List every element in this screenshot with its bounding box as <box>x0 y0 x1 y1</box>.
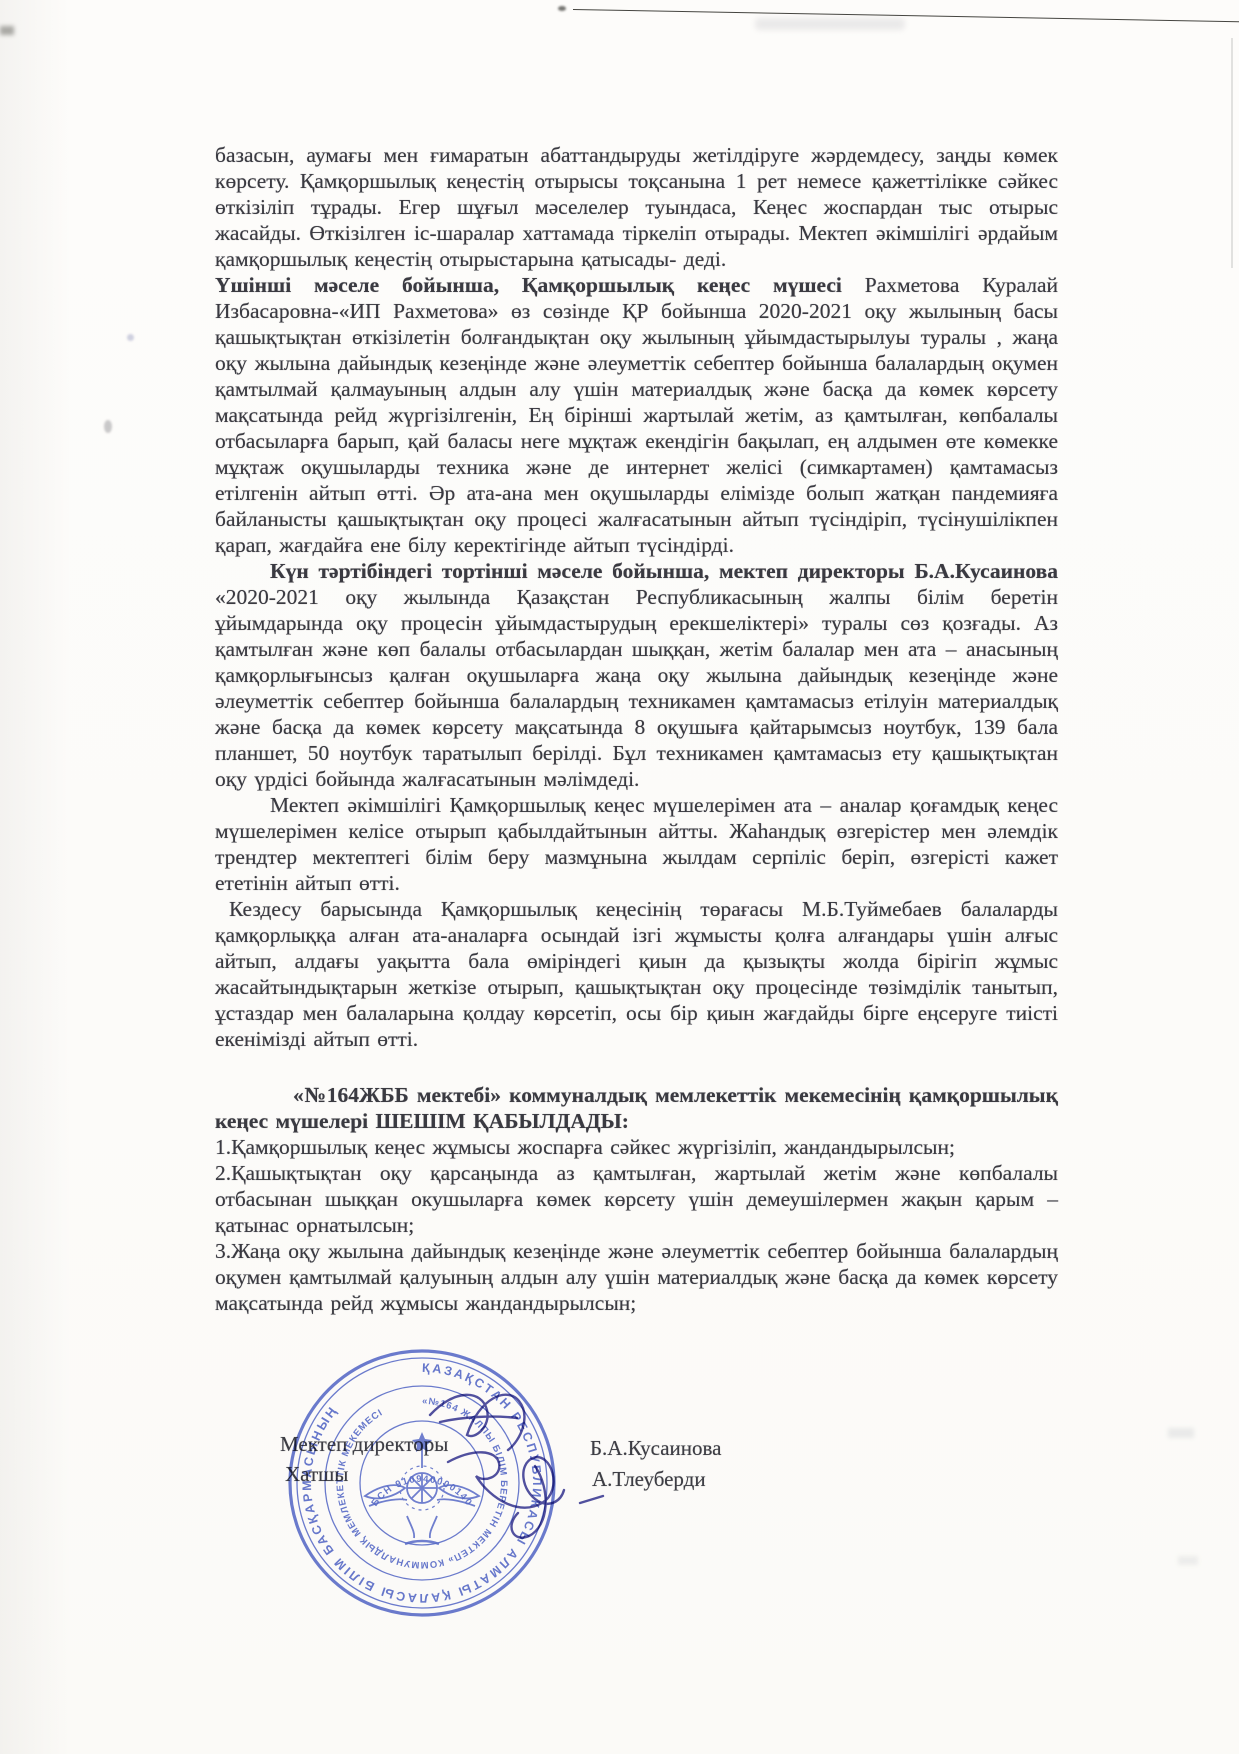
scan-artifact-speck <box>104 420 112 433</box>
decision-item-3: 3.Жаңа оқу жылына дайындық кезеңінде жән… <box>215 1238 1058 1316</box>
signature-stroke-director <box>440 1417 517 1422</box>
paragraph-text: Кездесу барысында Қамқоршылық кеңесінің … <box>215 897 1058 1051</box>
paragraph-text: Мектеп әкімшілігі Қамқоршылық кеңес мүше… <box>215 793 1058 895</box>
scan-artifact-speck <box>1168 1428 1194 1438</box>
paragraph-text: «2020-2021 оқу жылында Қазақстан Республ… <box>215 585 1058 791</box>
paragraph-third-question: Үшінші мәселе бойынша, Қамқоршылық кеңес… <box>215 272 1058 558</box>
scan-artifact-dot <box>558 6 566 11</box>
scanned-document-page: базасын, аумағы мен ғимаратын абаттандыр… <box>0 0 1239 1754</box>
scan-artifact-shade <box>0 0 70 1754</box>
signatures-svg <box>280 1330 800 1590</box>
paragraph-administration: Мектеп әкімшілігі Қамқоршылық кеңес мүше… <box>215 792 1058 896</box>
paragraph-lead: Күн тәртібіндегі тортінші мәселе бойынша… <box>270 559 1058 583</box>
decision-item-2: 2.Қашықтықтан оқу қарсаңында аз қамтылға… <box>215 1160 1058 1238</box>
paragraph-fourth-question: Күн тәртібіндегі тортінші мәселе бойынша… <box>215 558 1058 792</box>
paragraph-chairman: Кездесу барысында Қамқоршылық кеңесінің … <box>215 896 1058 1052</box>
paragraph-lead: Үшінші мәселе бойынша, Қамқоршылық кеңес… <box>215 273 865 297</box>
handwritten-signatures <box>280 1330 800 1590</box>
paragraph-text: базасын, аумағы мен ғимаратын абаттандыр… <box>215 143 1058 271</box>
scan-artifact-speck <box>1178 1556 1198 1565</box>
paragraph-text: Рахметова Куралай Избасаровна-«ИП Рахмет… <box>215 273 1058 557</box>
decision-heading: «№164ЖББ мектебі» коммуналдық мемлекетті… <box>215 1082 1058 1134</box>
document-body: базасын, аумағы мен ғимаратын абаттандыр… <box>215 142 1058 1316</box>
paragraph-continuation: базасын, аумағы мен ғимаратын абаттандыр… <box>215 142 1058 272</box>
signature-stroke-director <box>430 1395 524 1450</box>
scan-artifact-line <box>573 9 1239 22</box>
scan-artifact-speck <box>127 334 134 341</box>
scan-artifact-smudge <box>755 18 905 30</box>
decision-item-1: 1.Қамқоршылық кеңес жұмысы жоспарға сәйк… <box>215 1134 1058 1160</box>
signature-stroke-dash <box>580 1496 603 1503</box>
scan-artifact-edge <box>1231 38 1233 268</box>
